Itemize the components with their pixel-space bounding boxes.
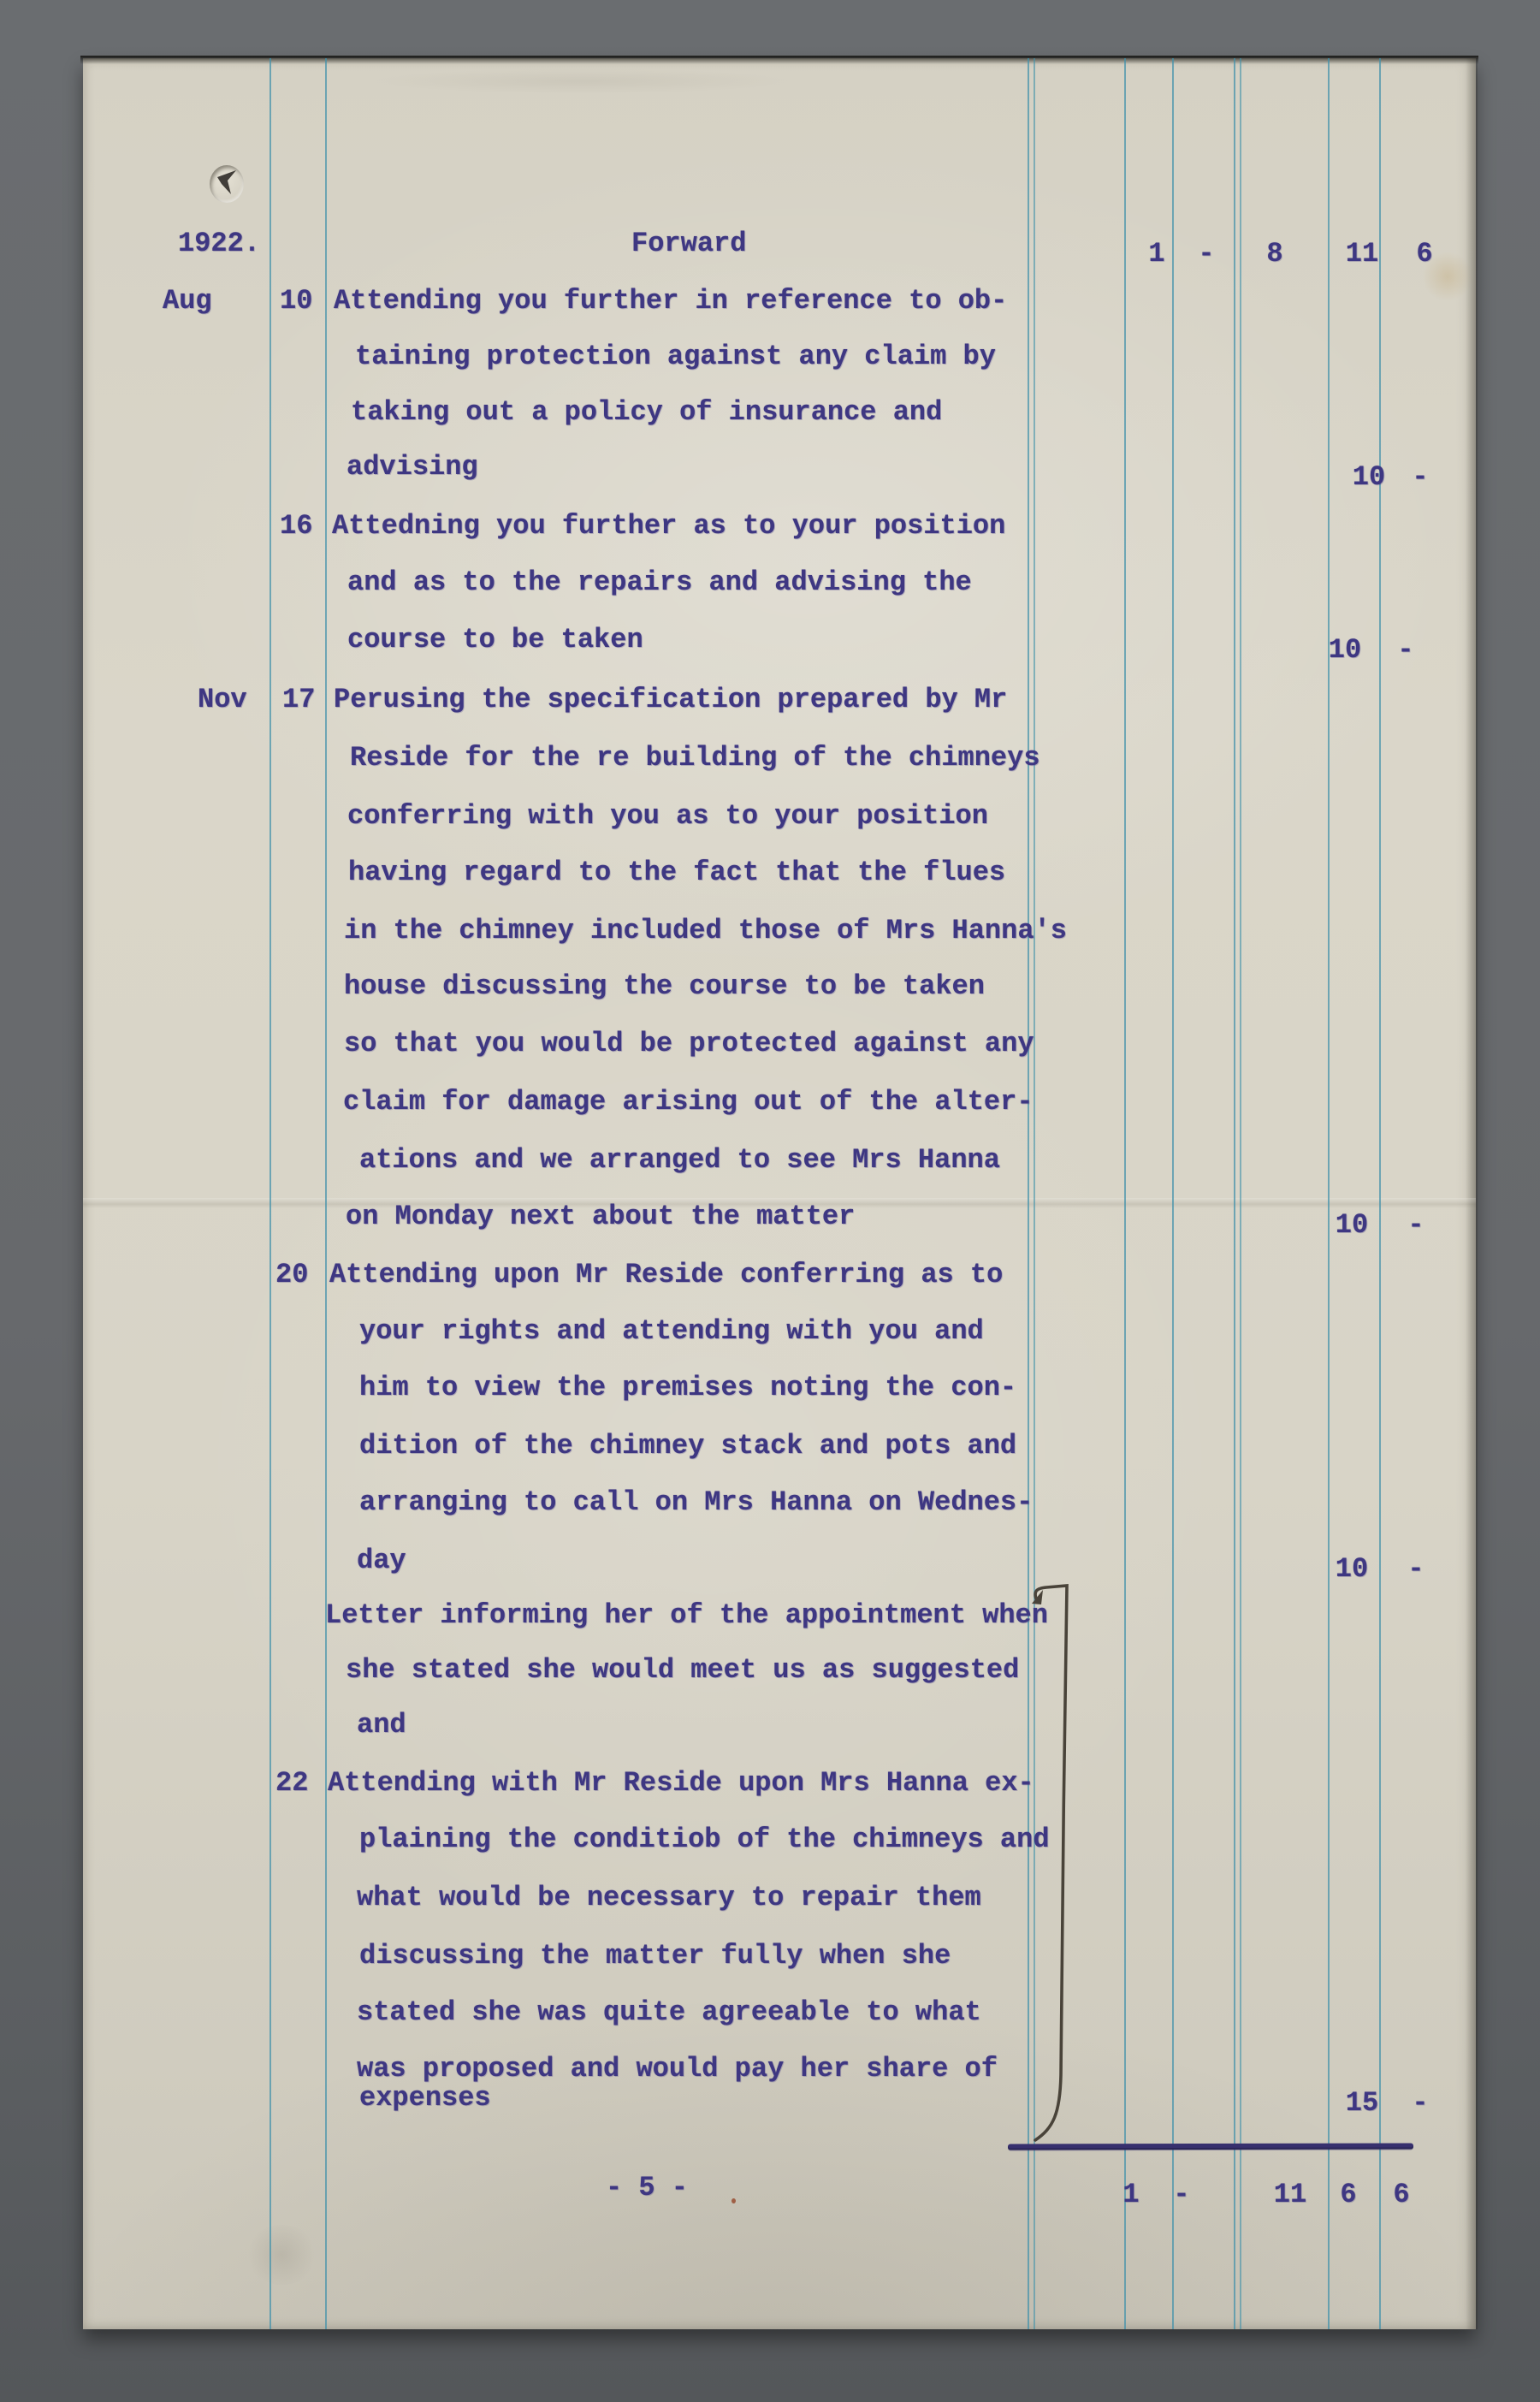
total-underline-rule — [1008, 2144, 1413, 2150]
entry-line: Perusing the specification prepared by M… — [334, 686, 1007, 714]
forward-amount: 11 — [1346, 240, 1378, 268]
entry-line: arranging to call on Mrs Hanna on Wednes… — [359, 1489, 1033, 1516]
column-rule — [1379, 58, 1381, 2329]
entry-line: plaining the conditiob of the chimneys a… — [359, 1826, 1050, 1853]
entry-line: Attedning you further as to your positio… — [332, 513, 1005, 540]
column-rule — [269, 58, 271, 2329]
entry-line: having regard to the fact that the flues — [348, 859, 1005, 887]
amount-pence: - — [1412, 2090, 1428, 2117]
entry-line: on Monday next about the matter — [346, 1203, 855, 1231]
entry-line: him to view the premises noting the con- — [359, 1374, 1016, 1402]
entry-line: discussing the matter fully when she — [359, 1942, 951, 1970]
entry-line: what would be necessary to repair them — [357, 1884, 981, 1912]
entry-line: day — [357, 1547, 406, 1575]
entry-line: taking out a policy of insurance and — [351, 399, 942, 426]
day-number: 10 — [280, 288, 312, 315]
entry-line: Letter informing her of the appointment … — [325, 1602, 1048, 1629]
total-amount: 6 — [1393, 2181, 1409, 2209]
entry-line: and as to the repairs and advising the — [347, 569, 972, 596]
entry-line: your rights and attending with you and — [359, 1318, 984, 1345]
amount-shillings: 10 — [1353, 464, 1385, 491]
total-amount: - — [1173, 2181, 1189, 2209]
forward-amount: 6 — [1416, 240, 1432, 268]
date-label: 1922. — [178, 230, 260, 258]
entry-line: so that you would be protected against a… — [344, 1030, 1034, 1058]
day-number: 20 — [275, 1261, 308, 1289]
entry-line: conferring with you as to your position — [347, 803, 988, 830]
entry-line: stated she was quite agreeable to what — [357, 1999, 981, 2026]
total-amount: 1 — [1122, 2181, 1139, 2209]
amount-shillings: 15 — [1346, 2090, 1378, 2117]
entry-line: course to be taken — [347, 626, 643, 654]
entry-line: in the chimney included those of Mrs Han… — [344, 917, 1067, 945]
day-number: 16 — [280, 513, 312, 540]
entry-line: Attending upon Mr Reside conferring as t… — [329, 1261, 1003, 1289]
column-rule — [1328, 58, 1330, 2329]
entry-line: Reside for the re building of the chimne… — [350, 744, 1040, 772]
paper-right-edge-shadow — [1466, 58, 1478, 2329]
amount-shillings: 10 — [1336, 1556, 1368, 1583]
entry-line: expenses — [359, 2085, 491, 2112]
amount-shillings: 10 — [1336, 1212, 1368, 1239]
entry-line: Attending with Mr Reside upon Mrs Hanna … — [328, 1770, 1034, 1797]
amount-pence: - — [1397, 637, 1413, 664]
entry-line: house discussing the course to be taken — [344, 973, 985, 1000]
pin-hole-tear-icon — [214, 169, 240, 199]
column-rule — [325, 58, 327, 2329]
date-label: Aug — [163, 288, 212, 315]
total-amount: 6 — [1340, 2181, 1356, 2209]
entry-line: Attending you further in reference to ob… — [334, 288, 1007, 315]
amount-pence: - — [1407, 1212, 1424, 1239]
column-rule — [1124, 58, 1126, 2329]
day-number: 22 — [275, 1770, 308, 1797]
forward-amount: 1 — [1148, 240, 1164, 268]
entry-line: dition of the chimney stack and pots and — [359, 1432, 1016, 1460]
entry-line: taining protection against any claim by — [355, 343, 996, 371]
day-number: 17 — [282, 686, 315, 714]
entry-line: ations and we arranged to see Mrs Hanna — [359, 1147, 1000, 1174]
entry-line: she stated she would meet us as suggeste… — [346, 1657, 1019, 1684]
page-number: - 5 - — [606, 2174, 688, 2202]
entry-line: claim for damage arising out of the alte… — [343, 1088, 1034, 1116]
paper-stain — [245, 2225, 318, 2285]
entry-line: advising — [346, 454, 478, 481]
column-rule — [1172, 58, 1174, 2329]
document-scan: Forward1-81161922.AugNov1016172022Attend… — [0, 0, 1540, 2402]
pin-hole-mark — [210, 165, 244, 203]
forward-label: Forward — [631, 230, 746, 258]
column-rule — [1234, 58, 1235, 2329]
paper-top-edge-shadow — [80, 56, 1478, 64]
date-label: Nov — [198, 686, 247, 714]
forward-amount: - — [1198, 240, 1214, 268]
entry-line: was proposed and would pay her share of — [357, 2055, 998, 2083]
ink-speck — [731, 2198, 736, 2203]
amount-shillings: 10 — [1329, 637, 1361, 664]
total-amount: 11 — [1274, 2181, 1306, 2209]
forward-amount: 8 — [1266, 240, 1282, 268]
entry-line: and — [357, 1711, 406, 1739]
column-rule — [1028, 58, 1029, 2329]
amount-pence: - — [1412, 464, 1428, 491]
paper-smudge — [368, 68, 796, 94]
column-rule — [1034, 58, 1035, 2329]
amount-pence: - — [1407, 1556, 1424, 1583]
column-rule — [1240, 58, 1241, 2329]
